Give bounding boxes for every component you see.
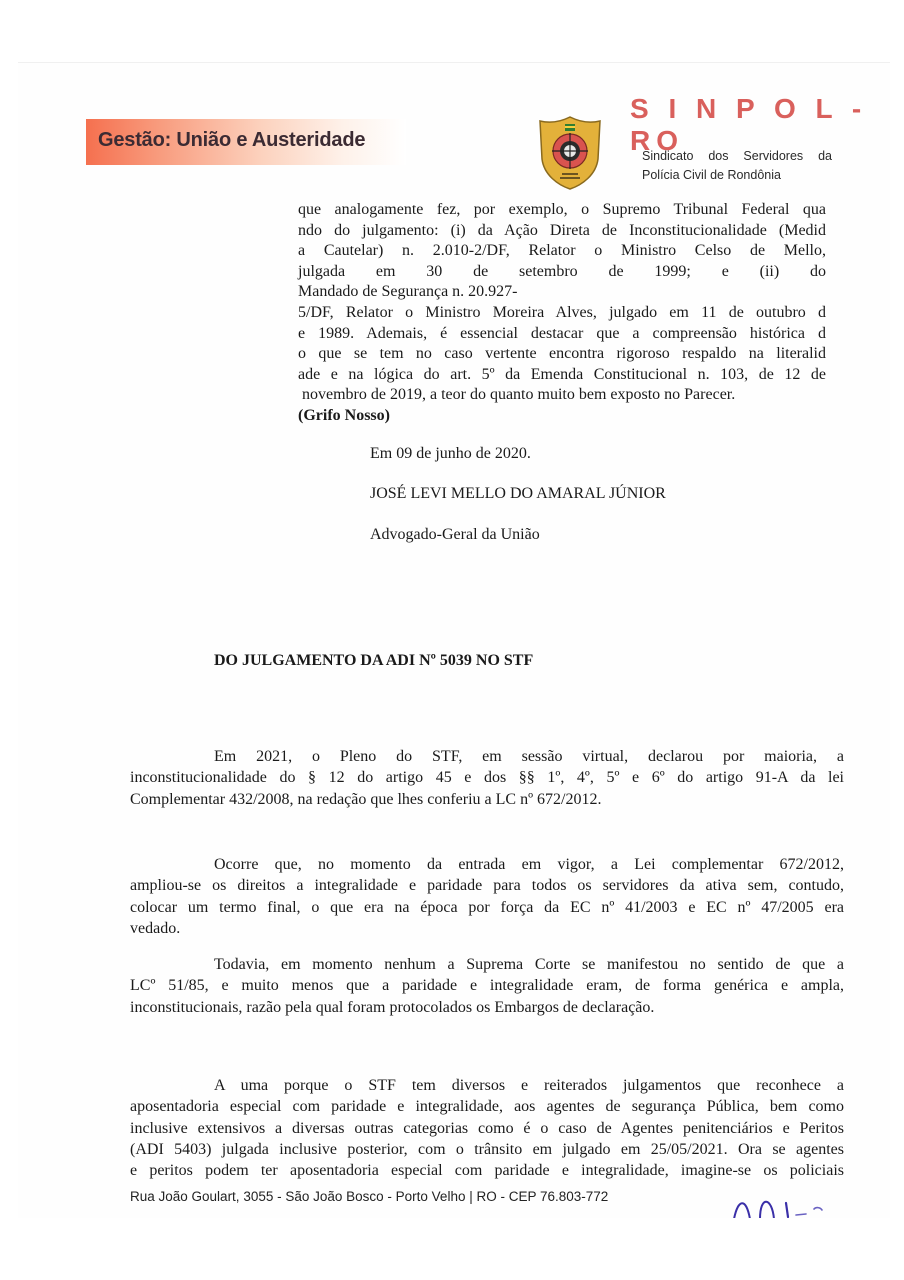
quote-line: Mandado de Segurança n. 20.927- (298, 282, 826, 303)
quote-line: julgada em 30 de setembro de 1999; e (ii… (298, 262, 826, 283)
paragraph-line: Ocorre que, no momento da entrada em vig… (130, 854, 844, 875)
signatory-name: JOSÉ LEVI MELLO DO AMARAL JÚNIOR (370, 485, 666, 503)
document-page: Gestão: União e Austeridade S I N P O L … (18, 62, 890, 1219)
org-subtitle-line-2: Polícia Civil de Rondônia (642, 166, 832, 185)
paragraph-line: ampliou-se os direitos a integralidade e… (130, 875, 844, 896)
org-subtitle: Sindicato dos Servidores da Polícia Civi… (642, 147, 832, 185)
emphasis-note: (Grifo Nosso) (298, 406, 826, 427)
paragraph-line: Em 2021, o Pleno do STF, em sessão virtu… (130, 746, 844, 767)
quote-line: a Cautelar) n. 2.010-2/DF, Relator o Min… (298, 241, 826, 262)
paragraph-line: aposentadoria especial com paridade e in… (130, 1096, 844, 1117)
handwritten-signature-icon (730, 1189, 840, 1219)
footer-address: Rua João Goulart, 3055 - São João Bosco … (130, 1189, 608, 1204)
signatory-role: Advogado-Geral da União (370, 526, 540, 544)
quote-line: 5/DF, Relator o Ministro Moreira Alves, … (298, 303, 826, 324)
paragraph-line: colocar um termo final, o que era na épo… (130, 897, 844, 918)
org-subtitle-line-1: Sindicato dos Servidores da (642, 147, 832, 166)
footer-phone-line-cropped (130, 1210, 600, 1218)
paragraph-line: vedado. (130, 918, 844, 939)
paragraph-line: A uma porque o STF tem diversos e reiter… (130, 1075, 844, 1096)
quote-line: que analogamente fez, por exemplo, o Sup… (298, 200, 826, 221)
quote-line: o que se tem no caso vertente encontra r… (298, 344, 826, 365)
paragraph-line: Complementar 432/2008, na redação que lh… (130, 789, 844, 810)
quote-line: e 1989. Ademais, é essencial destacar qu… (298, 324, 826, 345)
quote-line: novembro de 2019, a teor do quanto muito… (298, 385, 826, 406)
signature-date: Em 09 de junho de 2020. (370, 445, 531, 463)
paragraph: Todavia, em momento nenhum a Suprema Cor… (130, 954, 844, 1018)
paragraph-line: e peritos podem ter aposentadoria especi… (130, 1160, 844, 1181)
paragraph-line: Todavia, em momento nenhum a Suprema Cor… (130, 954, 844, 975)
paragraph-line: inconstitucionais, razão pela qual foram… (130, 997, 844, 1018)
quote-line: ndo do julgamento: (i) da Ação Direta de… (298, 221, 826, 242)
section-heading: DO JULGAMENTO DA ADI Nº 5039 NO STF (214, 652, 533, 670)
paragraph-line: (ADI 5403) julgada inclusive posterior, … (130, 1139, 844, 1160)
quoted-excerpt: que analogamente fez, por exemplo, o Sup… (298, 200, 826, 427)
paragraph-line: inclusive extensivos a diversas outras c… (130, 1118, 844, 1139)
page-margin-bottom (0, 1218, 904, 1280)
paragraph-line: inconstitucionalidade do § 12 do artigo … (130, 767, 844, 788)
paragraph: Em 2021, o Pleno do STF, em sessão virtu… (130, 746, 844, 810)
paragraph: A uma porque o STF tem diversos e reiter… (130, 1075, 844, 1181)
quote-line: ade e na lógica do art. 5º da Emenda Con… (298, 365, 826, 386)
header-banner: Gestão: União e Austeridade (86, 119, 406, 165)
banner-text: Gestão: União e Austeridade (98, 129, 365, 152)
paragraph: Ocorre que, no momento da entrada em vig… (130, 854, 844, 939)
paragraph-line: LCº 51/85, e muito menos que a paridade … (130, 975, 844, 996)
police-badge-icon (538, 115, 602, 191)
